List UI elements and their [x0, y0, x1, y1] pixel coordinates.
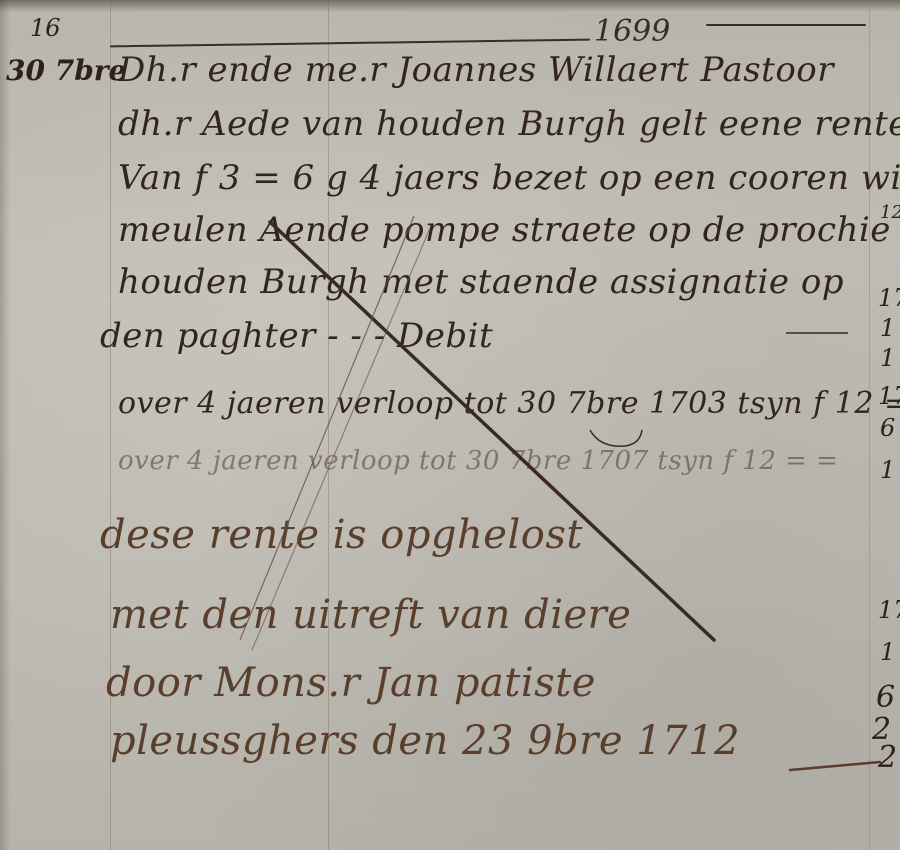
page-top-shadow — [0, 0, 900, 12]
entry-line: Dh.r ende me.r Joannes Willaert Pastoor — [118, 50, 834, 90]
year-heading: 1699 — [594, 14, 670, 49]
header-rule-left — [110, 39, 590, 48]
annotation-line: door Mons.r Jan patiste — [106, 660, 596, 706]
margin-number: 1 — [880, 638, 895, 666]
page-left-shadow — [0, 0, 10, 850]
margin-number: 17 — [878, 284, 900, 312]
margin-number: 1 — [880, 344, 895, 372]
entry-line: over 4 jaeren verloop tot 30 7bre 1703 t… — [118, 386, 900, 421]
annotation-line: dese rente is opghelost — [100, 512, 583, 558]
folio-number: 16 — [30, 14, 61, 42]
manuscript-page: 16 1699 30 7bre Dh.r ende me.r Joannes W… — [0, 0, 900, 850]
margin-number: 6 — [876, 680, 895, 715]
annotation-line: pleussghers den 23 9bre 1712 — [110, 718, 740, 764]
margin-number: 17 — [878, 596, 900, 624]
entry-line-faint: over 4 jaeren verloop tot 30 7bre 1707 t… — [118, 446, 838, 476]
margin-number: 2 — [878, 740, 897, 775]
entry-line: meulen Aende pompe straete op de prochie… — [118, 210, 900, 250]
annotation-line: met den uitreft van diere — [110, 592, 631, 638]
margin-number: 12 — [880, 202, 900, 223]
header-rule-right — [706, 24, 866, 26]
margin-number: 17 — [878, 382, 900, 410]
margin-number: 6 — [880, 414, 895, 442]
entry-line: den paghter - - - Debit — [100, 316, 493, 356]
entry-line: dh.r Aede van houden Burgh gelt eene ren… — [118, 104, 900, 144]
entry-line: houden Burgh met staende assignatie op — [118, 262, 844, 302]
entry-date: 30 7bre — [6, 54, 126, 87]
margin-number: 1 — [880, 314, 895, 342]
entry-line: Van f 3 = 6 g 4 jaers bezet op een coore… — [118, 158, 900, 198]
margin-number: 1 — [880, 456, 895, 484]
